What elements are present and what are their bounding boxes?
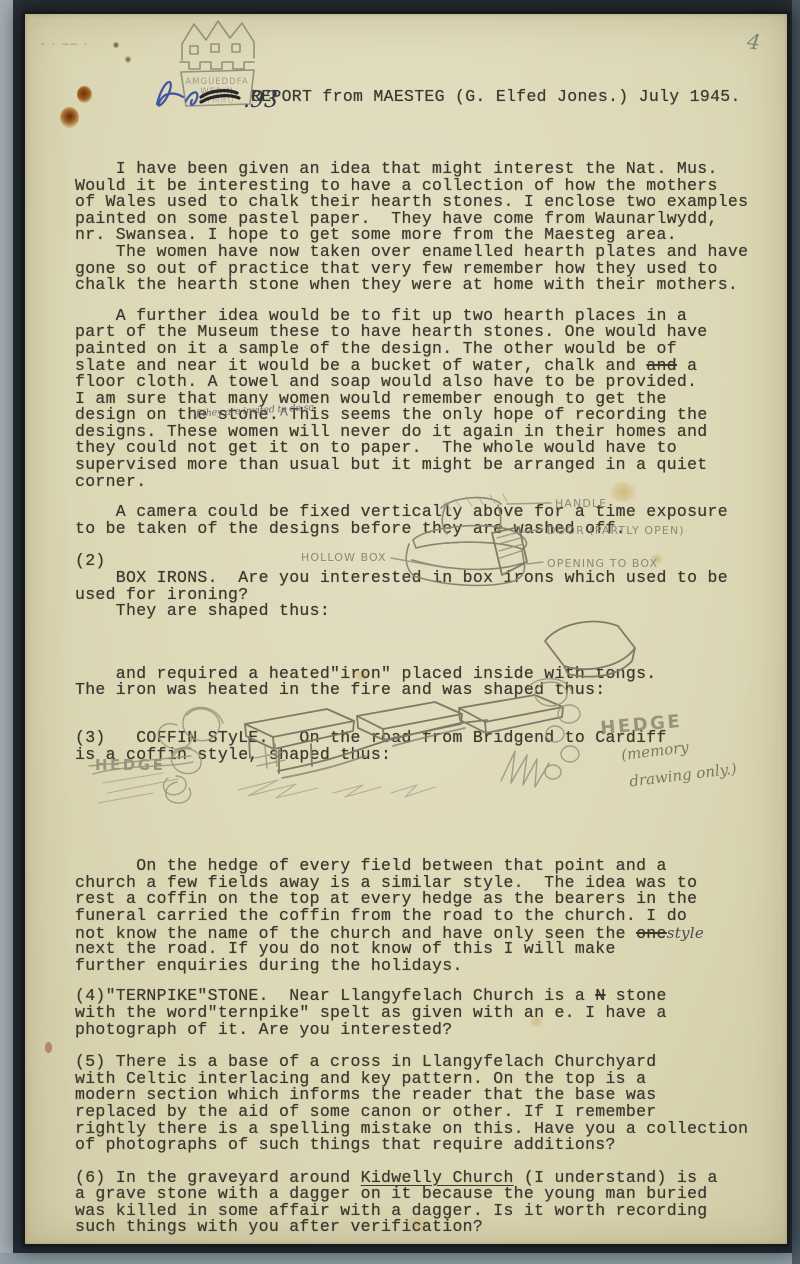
typed-line: funeral carried the coffin from the road…	[75, 908, 775, 925]
report-title: REPORT from MAESTEG (G. Elfed Jones.) Ju…	[75, 89, 775, 106]
stain	[45, 1042, 52, 1053]
rust-spot	[113, 42, 119, 48]
typed-text: REPORT from MAESTEG (G. Elfed Jones.) Ju…	[75, 56, 775, 1264]
scanner-edge-right	[792, 0, 800, 1264]
box-iron-sketch: HANDLE DOOR (PARTLY OPEN) OPENING TO BOX…	[295, 492, 755, 612]
iron-wedge-sketch	[530, 614, 660, 684]
label-door: DOOR (PARTLY OPEN)	[547, 524, 685, 537]
typed-line: chalk the hearth stone when they were at…	[75, 277, 775, 294]
typed-line: of photographs of such things that requi…	[75, 1137, 775, 1154]
paragraph: On the hedge of every field between that…	[75, 858, 775, 974]
paragraph: (6) In the graveyard around Kidwelly Chu…	[75, 1170, 775, 1236]
scanned-document: { "page_number": "4", "title": "REPORT f…	[0, 0, 800, 1264]
typed-line: corner.	[75, 474, 775, 491]
document-page: AMGUEDDFA WERIN CYMRU .93 4 - · –– · REP…	[25, 14, 787, 1244]
label-opening: OPENING TO BOX	[547, 557, 658, 570]
typed-line: such things with you after verification?	[75, 1219, 775, 1236]
pencil-dash-marks: - · –– ·	[41, 38, 89, 50]
label-hedge-right: HEDGE	[600, 711, 683, 739]
paragraph: I have been given an idea that might int…	[75, 161, 775, 294]
label-handle: HANDLE	[555, 497, 607, 510]
label-hollow-box: HOLLOW BOX	[301, 551, 387, 564]
typed-line: photograph of it. Are you interested?	[75, 1022, 775, 1039]
scanner-edge-left	[0, 0, 13, 1264]
paragraph: A further idea would be to fit up two he…	[75, 308, 775, 491]
page-number: 4	[746, 29, 762, 54]
typed-line: further enquiries during the holidays.	[75, 958, 775, 975]
typed-line: supervised more than usual but it might …	[75, 457, 775, 474]
paragraph: (4)"TERNPIKE"STONE. Near Llangyfelach Ch…	[75, 988, 775, 1038]
paragraph: (5) There is a base of a cross in Llangy…	[75, 1054, 775, 1154]
